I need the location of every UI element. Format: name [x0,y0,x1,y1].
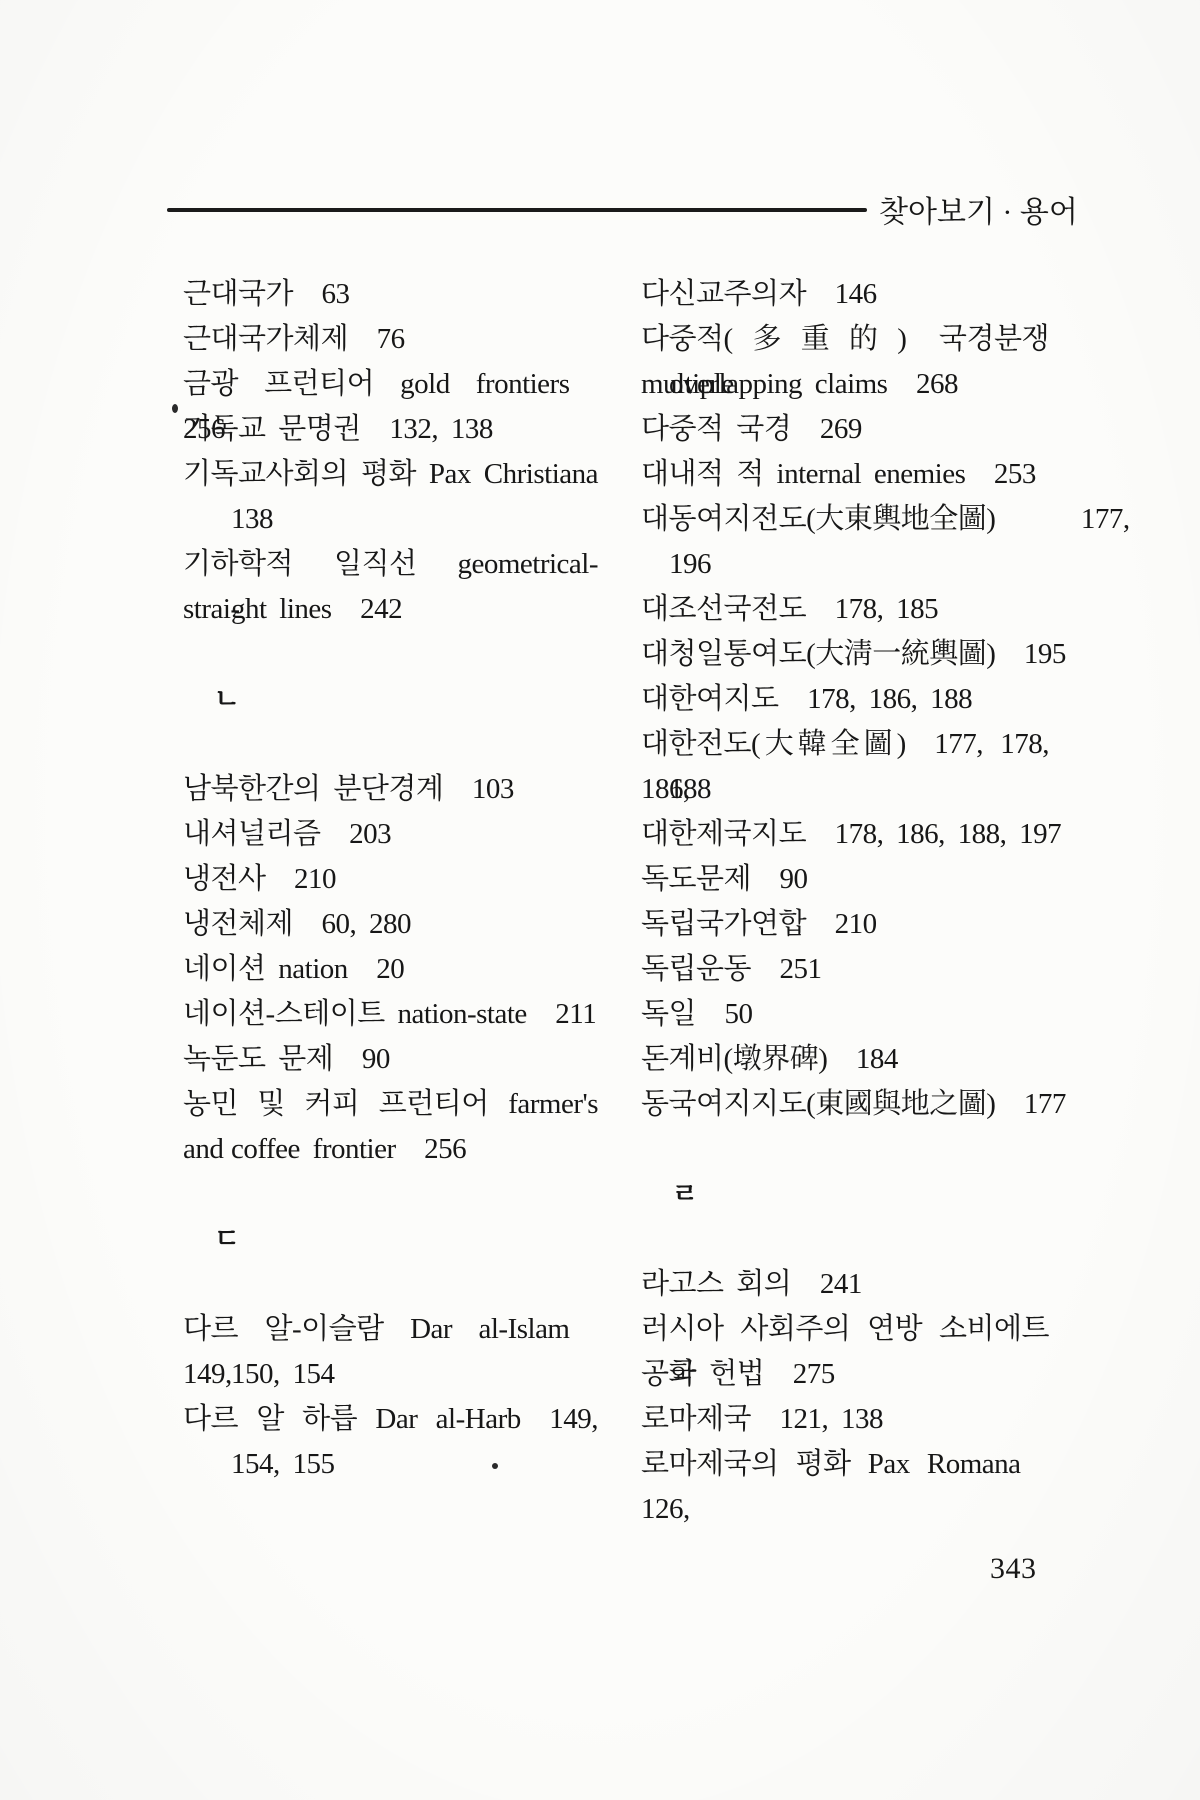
index-entry: 다신교주의자 146 [641,272,1049,317]
section-heading: ㄴ [214,677,598,722]
book-index-page: 찾아보기 · 용어 근대국가 63 근대국가체제 76 금광 프런티어 gold… [0,0,1200,1800]
index-entry: 냉전체제 60, 280 [183,902,598,947]
section-heading: ㄹ [672,1172,1049,1217]
index-entry: 러시아 사회주의 연방 소비에트공화 [641,1307,1049,1352]
index-entry: 남북한간의 분단경계 103 [183,767,598,812]
index-entry-continuation: 150, 154 [183,1352,598,1397]
index-entry: 로마제국 121, 138 [641,1397,1049,1442]
index-entry: 라고스 회의 241 [641,1262,1049,1307]
index-entry: 동국여지지도(東國與地之圖) 177 [641,1082,1049,1127]
index-entry: 대내적 적 internal enemies 253 [641,452,1049,497]
index-entry-continuation: coffee frontier 256 [183,1127,598,1172]
index-entry: 네이션 nation 20 [183,947,598,992]
index-entry-continuation: 138 [183,497,598,542]
index-column-right: 다신교주의자 146 다중적(多重的) 국경분쟁 multiple overla… [641,272,1049,1487]
running-head: 찾아보기 · 용어 [879,190,1078,235]
index-entry: 대동여지전도(大東輿地全圖) 177, [641,497,1049,542]
index-entry: 다르 알-이슬람 Dar al-Islam 149, [183,1307,598,1352]
index-entry: 근대국가체제 76 [183,317,598,362]
index-entry: 로마제국의 평화 Pax Romana 126, [641,1442,1049,1487]
index-entry: 기하학적 일직선 geometrical-strai- [183,542,598,587]
index-entry: 대청일통여도(大淸一統輿圖) 195 [641,632,1049,677]
index-entry: 금광 프런티어 gold frontiers 256 [183,362,598,407]
index-entry: 네이션-스테이트 nation-state 211 [183,992,598,1037]
index-entry: 독일 50 [641,992,1049,1037]
index-entry-continuation: 154, 155 [183,1442,598,1487]
section-heading: ㄷ [214,1217,598,1262]
index-entry: 근대국가 63 [183,272,598,317]
index-entry: 대한제국지도 178, 186, 188, 197 [641,812,1049,857]
index-entry: 농민 및 커피 프런티어 farmer's and [183,1082,598,1127]
index-entry: 돈계비(墩界碑) 184 [641,1037,1049,1082]
index-entry: 기독교 문명권 132, 138 [183,407,598,452]
index-entry: 기독교사회의 평화 Pax Christiana [183,452,598,497]
scan-artifact-dot [172,404,178,413]
index-entry-continuation: overlapping claims 268 [641,362,1049,407]
index-entry: 독립국가연합 210 [641,902,1049,947]
index-entry: 대한전도(大韓全圖) 177, 178, 186, [641,722,1049,767]
header-rule [167,208,867,212]
index-entry: 대조선국전도 178, 185 [641,587,1049,632]
scan-artifact-dot [492,1463,498,1469]
index-entry: 다중적 국경 269 [641,407,1049,452]
index-entry: 녹둔도 문제 90 [183,1037,598,1082]
index-column-left: 근대국가 63 근대국가체제 76 금광 프런티어 gold frontiers… [183,272,598,1487]
index-entry: 내셔널리즘 203 [183,812,598,857]
index-entry-continuation: 188 [641,767,1049,812]
index-entry: 냉전사 210 [183,857,598,902]
index-entry: 독도문제 90 [641,857,1049,902]
index-entry-continuation: 196 [641,542,1049,587]
index-entry-continuation: 국 헌법 275 [641,1352,1049,1397]
page-number: 343 [990,1552,1037,1586]
index-entry: 다르 알 하릅 Dar al-Harb 149, [183,1397,598,1442]
index-entry: 독립운동 251 [641,947,1049,992]
index-entry-continuation: ght lines 242 [183,587,598,632]
index-entry: 대한여지도 178, 186, 188 [641,677,1049,722]
index-entry: 다중적(多重的) 국경분쟁 multiple [641,317,1049,362]
